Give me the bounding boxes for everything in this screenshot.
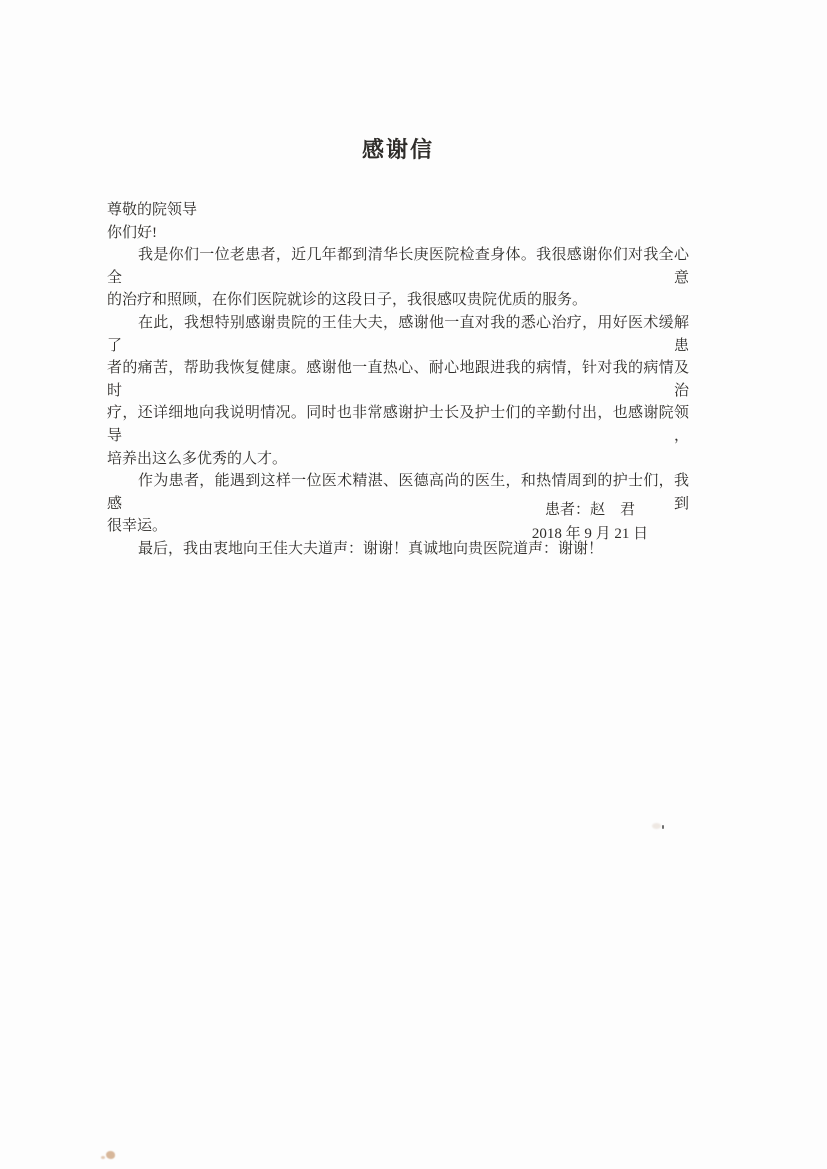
letter-title: 感谢信 — [107, 137, 689, 163]
letter-line: 你们好! — [107, 222, 689, 245]
signature-name: 患者：赵 君 — [470, 498, 710, 522]
faint-smudge — [652, 823, 661, 829]
letter-line: 我是你们一位老患者，近几年都到清华长庚医院检查身体。我很感谢你们对我全心全意 — [107, 244, 689, 289]
letter-line: 在此，我想特别感谢贵院的王佳大夫，感谢他一直对我的悉心治疗，用好医术缓解了患 — [107, 312, 689, 357]
scanned-letter-page: 感谢信 尊敬的院领导你们好!我是你们一位老患者，近几年都到清华长庚医院检查身体。… — [0, 0, 827, 1169]
signature-date: 2018 年 9 月 21 日 — [470, 522, 710, 546]
letter-line: 培养出这么多优秀的人才。 — [107, 448, 689, 471]
paper-stain-spot — [106, 1151, 115, 1159]
letter-line: 疗，还详细地向我说明情况。同时也非常感谢护士长及护士们的辛勤付出，也感谢院领导， — [107, 402, 689, 447]
letter-line: 者的痛苦，帮助我恢复健康。感谢他一直热心、耐心地跟进我的病情，针对我的病情及时治 — [107, 357, 689, 402]
paper-stain-tail — [101, 1156, 105, 1159]
signature-block: 患者：赵 君 2018 年 9 月 21 日 — [470, 498, 710, 546]
letter-line: 的治疗和照顾，在你们医院就诊的这段日子，我很感叹贵院优质的服务。 — [107, 289, 689, 312]
ink-speck — [662, 825, 664, 829]
letter-line: 尊敬的院领导 — [107, 199, 689, 222]
